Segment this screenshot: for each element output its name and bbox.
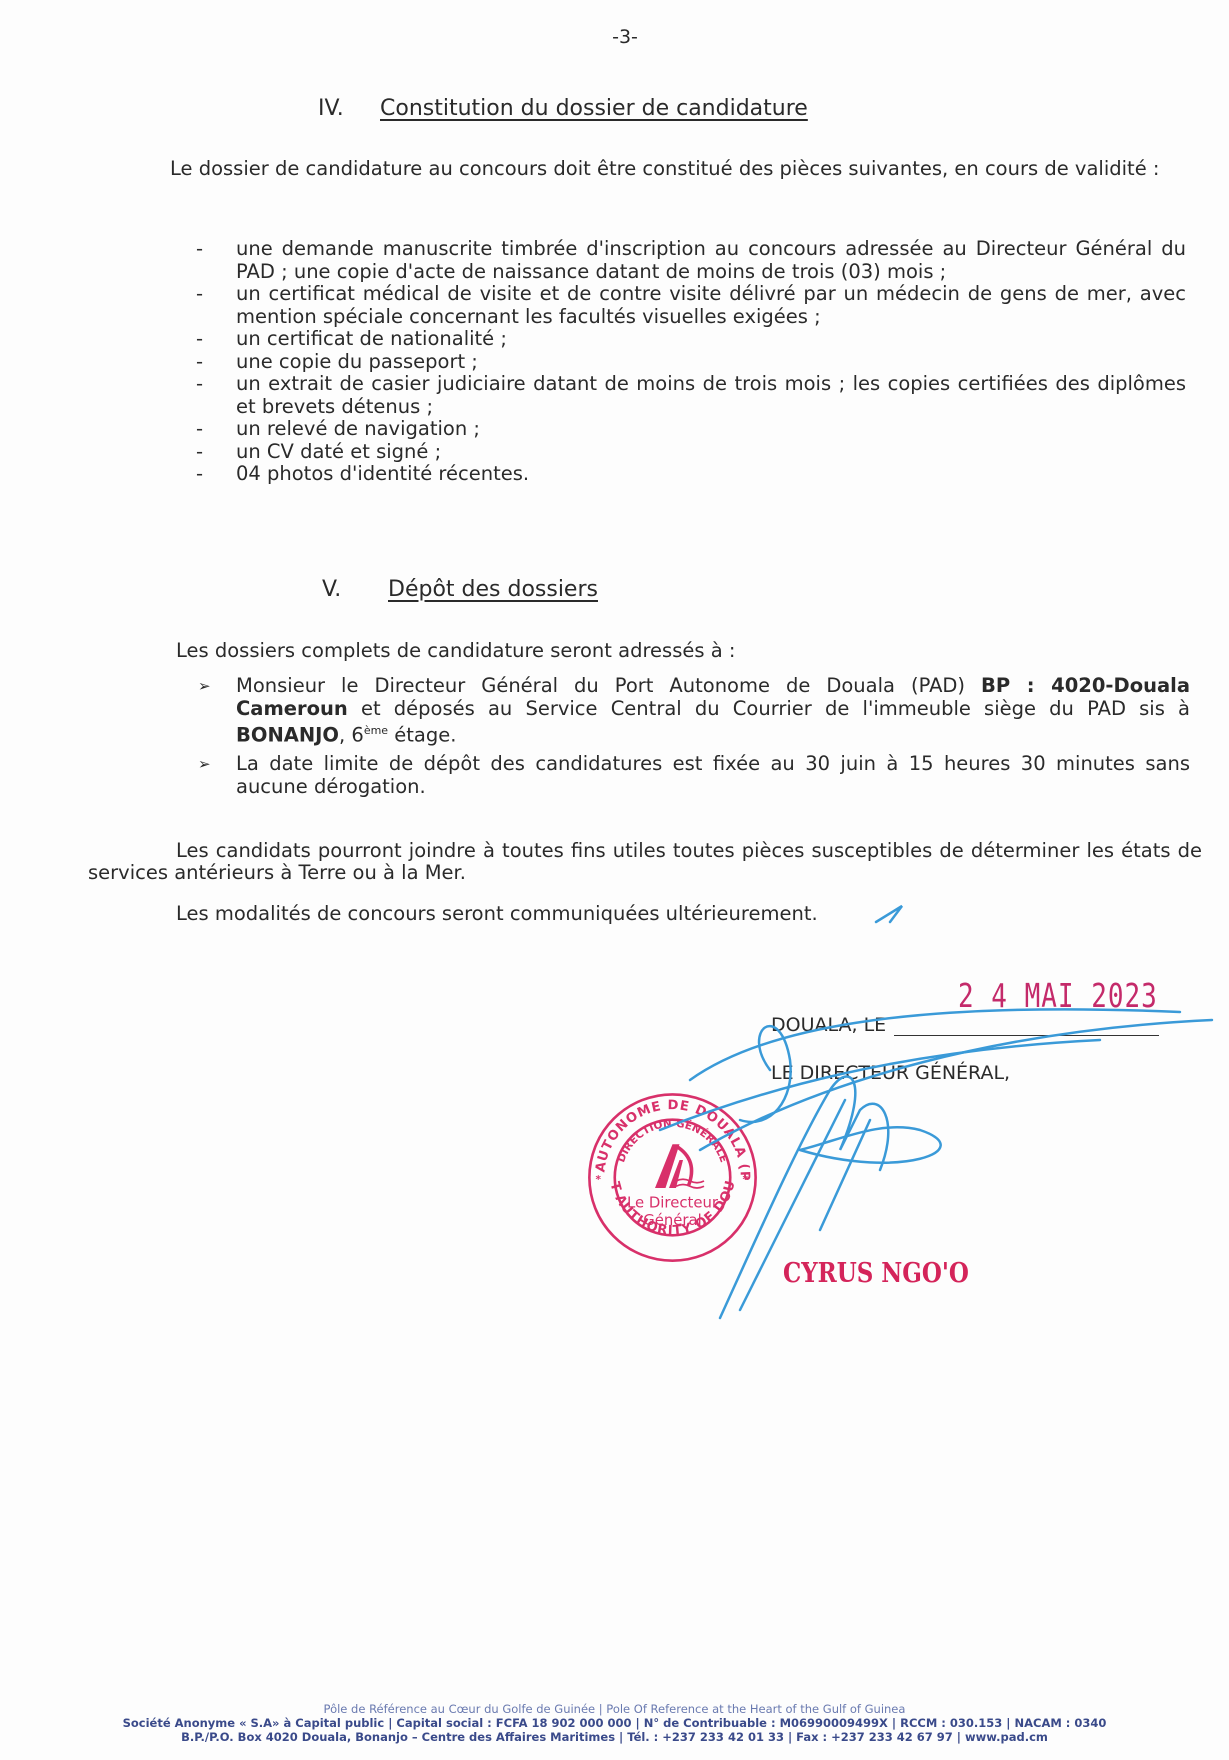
required-document-item: -un certificat médical de visite et de c…	[196, 283, 1186, 328]
footer: Pôle de Référence au Cœur du Golfe de Gu…	[0, 1702, 1229, 1744]
required-documents-list: -une demande manuscrite timbrée d'inscri…	[196, 238, 1186, 486]
section-4-title: Constitution du dossier de candidature	[380, 96, 808, 121]
section-4-heading: IV.Constitution du dossier de candidatur…	[318, 96, 808, 121]
date-blank-line	[894, 1035, 1159, 1036]
dash-bullet-icon: -	[196, 441, 203, 464]
section-5-title: Dépôt des dossiers	[388, 577, 598, 602]
footer-tagline: Pôle de Référence au Cœur du Golfe de Gu…	[0, 1702, 1229, 1716]
submission-address-item: ➢ Monsieur le Directeur Général du Port …	[196, 675, 1190, 747]
page-number: -3-	[0, 26, 1229, 48]
dash-bullet-icon: -	[196, 238, 203, 261]
section-5-numeral: V.	[322, 577, 388, 602]
dash-bullet-icon: -	[196, 373, 203, 396]
required-document-item: -une copie du passeport ;	[196, 351, 1186, 374]
footer-company-info: Société Anonyme « S.A» à Capital public …	[0, 1716, 1229, 1730]
svg-text:Général: Général	[643, 1211, 702, 1229]
svg-text:*: *	[743, 1174, 749, 1186]
signatory-name: CYRUS NGO'O	[783, 1258, 969, 1289]
required-document-item: -un extrait de casier judiciaire datant …	[196, 373, 1186, 418]
required-document-item: -04 photos d'identité récentes.	[196, 463, 1186, 486]
signatory-title: LE DIRECTEUR GÉNÉRAL,	[771, 1062, 1010, 1084]
footer-contact-info: B.P./P.O. Box 4020 Douala, Bonanjo – Cen…	[0, 1730, 1229, 1744]
place-label: DOUALA, LE	[771, 1014, 886, 1036]
date-stamp: 2 4 MAI 2023	[958, 978, 1158, 1016]
dash-bullet-icon: -	[196, 418, 203, 441]
required-document-item: -un certificat de nationalité ;	[196, 328, 1186, 351]
section-4-numeral: IV.	[318, 96, 380, 121]
required-document-item: -un relevé de navigation ;	[196, 418, 1186, 441]
svg-text:Le Directeur: Le Directeur	[627, 1193, 719, 1211]
submission-list: ➢ Monsieur le Directeur Général du Port …	[196, 675, 1190, 804]
submission-deadline-item: ➢ La date limite de dépôt des candidatur…	[196, 753, 1190, 798]
required-document-item: -une demande manuscrite timbrée d'inscri…	[196, 238, 1186, 283]
closing-paragraph-1: Les candidats pourront joindre à toutes …	[88, 840, 1202, 884]
closing-paragraph-2: Les modalités de concours seront communi…	[176, 903, 818, 925]
dash-bullet-icon: -	[196, 328, 203, 351]
dash-bullet-icon: -	[196, 351, 203, 374]
section-4-intro: Le dossier de candidature au concours do…	[92, 158, 1202, 180]
place-date-line: DOUALA, LE	[771, 1014, 1159, 1036]
section-5-intro: Les dossiers complets de candidature ser…	[176, 640, 735, 662]
required-document-item: -un CV daté et signé ;	[196, 441, 1186, 464]
official-stamp-icon: PORT AUTONOME DE DOUALA (P.A.D) PORT AUT…	[585, 1090, 760, 1265]
dash-bullet-icon: -	[196, 283, 203, 306]
arrow-bullet-icon: ➢	[198, 675, 211, 698]
dash-bullet-icon: -	[196, 463, 203, 486]
arrow-bullet-icon: ➢	[198, 753, 211, 776]
svg-text:*: *	[596, 1174, 602, 1186]
section-5-heading: V.Dépôt des dossiers	[322, 577, 598, 602]
